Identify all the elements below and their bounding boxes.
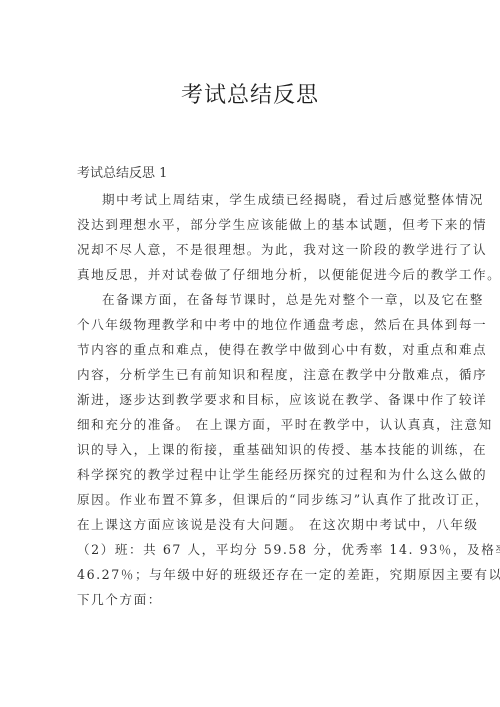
body-line: 46.27％；与年级中好的班级还存在一定的差距，究期原因主要有以 (77, 564, 500, 583)
body-line: 个八年级物理教学和中考中的地位作通盘考虑，然后在具体到每一 (77, 314, 487, 333)
body-line: 没达到理想水平，部分学生应该能做上的基本试题，但考下来的情 (77, 214, 487, 233)
body-line: 原因。作业布置不算多，但课后的“同步练习”认真作了批改订正， (77, 489, 489, 508)
document-title: 考试总结反思 (0, 78, 500, 109)
body-line: 在备课方面，在备每节课时，总是先对整个一章，以及它在整 (102, 289, 484, 308)
body-line: 真地反思，并对试卷做了仔细地分析，以便能促进今后的教学工作。 (77, 264, 500, 283)
body-line: 期中考试上周结束，学生成绩已经揭晓，看过后感觉整体情况 (102, 189, 484, 208)
body-line: 节内容的重点和难点，使得在教学中做到心中有数，对重点和难点 (77, 339, 487, 358)
body-line: 渐进，逐步达到教学要求和目标，应该说在教学、备课中作了较详 (77, 389, 487, 408)
document-page: 考试总结反思 考试总结反思 1 期中考试上周结束，学生成绩已经揭晓，看过后感觉整… (0, 0, 500, 707)
body-line: 下几个方面： (77, 589, 162, 608)
body-line: 识的导入，上课的衔接，重基础知识的传授、基本技能的训练，在 (77, 439, 487, 458)
body-line: 在上课这方面应该说是没有大问题。 在这次期中考试中，八年级 (77, 514, 479, 533)
section-heading: 考试总结反思 1 (77, 162, 167, 181)
body-line: 况却不尽人意，不是很理想。为此，我对这一阶段的教学进行了认 (77, 239, 487, 258)
body-line: 细和充分的准备。 在上课方面，平时在教学中，认认真真，注意知 (77, 414, 493, 433)
body-line: （2）班：共 67 人，平均分 59.58 分，优秀率 14. 93％，及格率 (77, 539, 500, 558)
body-line: 内容，分析学生已有前知识和程度，注意在教学中分散难点，循序 (77, 364, 487, 383)
body-line: 科学探究的教学过程中让学生能经历探究的过程和为什么这么做的 (77, 464, 487, 483)
